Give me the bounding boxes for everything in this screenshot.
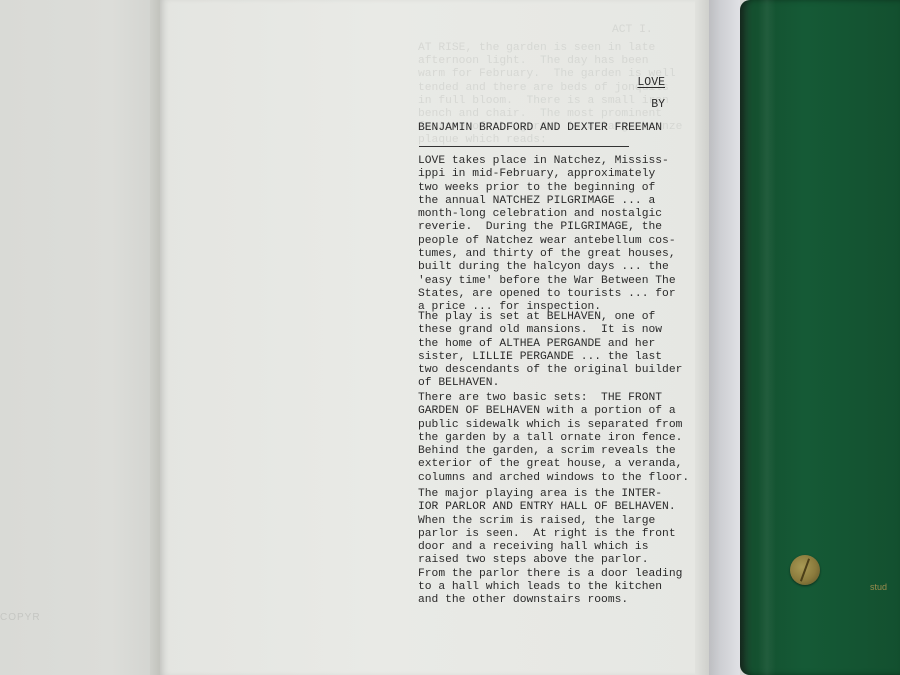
- title-divider: [419, 146, 629, 147]
- spine-shadow: [150, 0, 160, 675]
- paragraph-belhaven: The play is set at BELHAVEN, one of thes…: [418, 311, 682, 391]
- faded-copyright-label: COPYR: [0, 612, 41, 623]
- screw-slot: [800, 558, 810, 581]
- plastic-sleeve: [695, 0, 740, 675]
- byline-label: BY: [651, 98, 665, 111]
- paragraph-playing-area: The major playing area is the INTER- IOR…: [418, 488, 682, 608]
- binder-emboss-text: stud: [870, 582, 887, 592]
- authors-line: BENJAMIN BRADFORD AND DEXTER FREEMAN: [418, 122, 662, 135]
- paragraph-basic-sets: There are two basic sets: THE FRONT GARD…: [418, 392, 689, 485]
- binder-highlight: [758, 0, 776, 675]
- brass-screw-icon: [790, 555, 820, 585]
- paragraph-setting: LOVE takes place in Natchez, Mississ- ip…: [418, 155, 676, 315]
- green-binder-cover: [740, 0, 900, 675]
- page-edge: [695, 0, 709, 675]
- play-title: LOVE: [637, 76, 665, 89]
- left-blank-page: COPYR: [0, 0, 160, 675]
- bleed-through-act-label: ACT I.: [612, 24, 653, 37]
